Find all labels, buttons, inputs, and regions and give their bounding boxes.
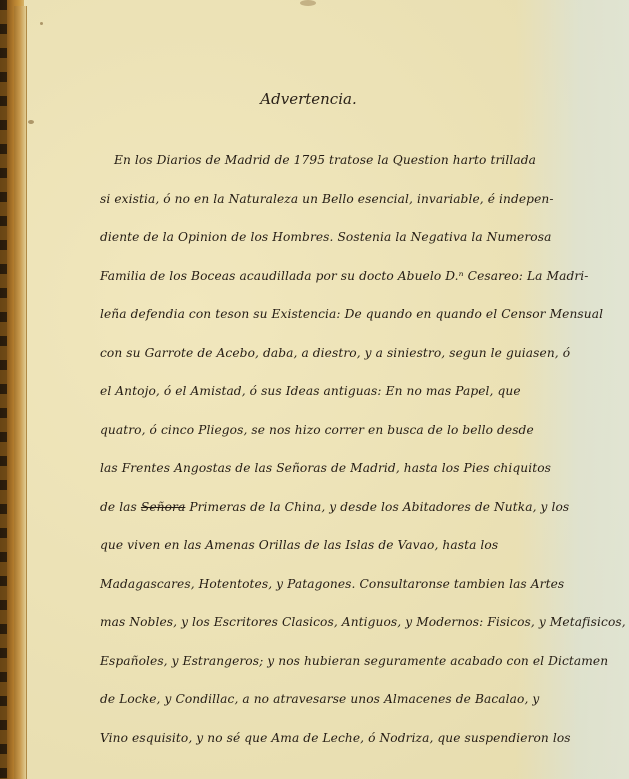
text-line-with-strikethrough: de las Señora Primeras de la China, y de… <box>100 495 546 534</box>
text-segment: de las <box>100 500 141 514</box>
text-line: Familia de los Boceas acaudillada por su… <box>100 264 546 303</box>
text-segment: Primeras de la China, y desde los Abitad… <box>185 500 569 514</box>
page-title: Advertencia. <box>0 90 629 108</box>
text-line: diente de la Opinion de los Hombres. Sos… <box>100 225 546 264</box>
text-line: Españoles, y Estrangeros; y nos hubieran… <box>100 649 546 688</box>
struck-word: Señora <box>141 500 185 514</box>
text-line: con su Garrote de Acebo, daba, a diestro… <box>100 341 546 380</box>
title-text: Advertencia. <box>260 90 356 108</box>
text-line: En los Diarios de Madrid de 1795 tratose… <box>100 148 546 187</box>
text-line: Vino esquisito, y no sé que Ama de Leche… <box>100 726 546 765</box>
manuscript-page: Advertencia. En los Diarios de Madrid de… <box>0 0 629 779</box>
paper-spot <box>28 120 34 124</box>
paper-spot <box>300 0 316 6</box>
manuscript-body: En los Diarios de Madrid de 1795 tratose… <box>100 148 546 764</box>
text-line: las Frentes Angostas de las Señoras de M… <box>100 456 546 495</box>
text-line: mas Nobles, y los Escritores Clasicos, A… <box>100 610 546 649</box>
text-line: que viven en las Amenas Orillas de las I… <box>100 533 546 572</box>
page-edge <box>14 6 27 779</box>
paper-spot <box>40 22 43 25</box>
text-line: leña defendia con teson su Existencia: D… <box>100 302 546 341</box>
text-line: de Locke, y Condillac, a no atravesarse … <box>100 687 546 726</box>
text-line: quatro, ó cinco Pliegos, se nos hizo cor… <box>100 418 546 457</box>
text-line: Madagascares, Hotentotes, y Patagones. C… <box>100 572 546 611</box>
text-line: el Antojo, ó el Amistad, ó sus Ideas ant… <box>100 379 546 418</box>
text-line: si existia, ó no en la Naturaleza un Bel… <box>100 187 546 226</box>
